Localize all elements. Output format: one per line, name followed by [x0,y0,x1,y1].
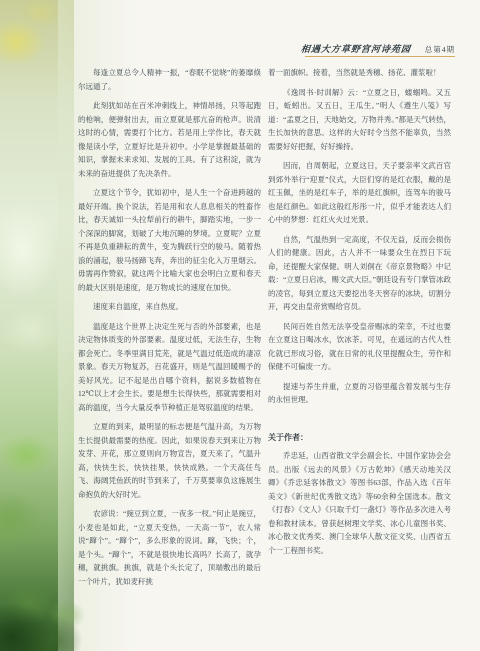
paragraph: 民间百姓自然无法享受皇帝赐冰的荣幸，不过也要在立夏这日喝冰水，饮冰茶。可见，在遥… [268,320,451,374]
masthead-underline [305,56,455,59]
about-author-bio: 乔忠延，山西省散文学会副会长、中国作家协会会员。出版《远去的风景》《万古乾坤》《… [268,449,451,557]
paragraph: 温度是这个世界上决定生死与否的外部要素，也是决定物体质变的外部要素。温度过低，无… [78,320,261,415]
article-right-column: 着一面旗帜。接着，当然就是秀穗、扬花、灌浆啦！ 《逸周书·时训解》云：“立夏之日… [268,66,451,557]
paragraph: 农谚说：“豌豆到立夏，一夜多一杈。”何止是豌豆，小麦也是如此，“立夏天变热，一天… [78,507,261,588]
masthead: 相遇大方草野宫河诗苑园 总第4期 [301,39,455,57]
paragraph: 提速与养生并重，立夏的习俗里蕴含着发展与生存的永恒世理。 [268,380,451,407]
about-author-heading: 关于作者： [268,431,451,445]
paragraph-continuation: 着一面旗帜。接着，当然就是秀穗、扬花、灌浆啦！ [268,66,451,80]
paragraph: 《逸周书·时训解》云：“立夏之日，蝼蝈鸣。又五日，蚯蚓出。又五日，王瓜生。”明人… [268,86,451,154]
magazine-page: 相遇大方草野宫河诗苑园 总第4期 每逢立夏总令人精神一振，“春眠不觉晓”的萎靡倏… [0,0,480,651]
paragraph: 因而，自周朝起，立夏这日，天子要亲率文武百官到郊外举行“迎夏”仪式，大臣们穿的是… [268,159,451,227]
paragraph: 速度来自温度，来自热度。 [78,300,261,314]
paragraph: 每逢立夏总令人精神一振，“春眠不觉晓”的萎靡倏尔远遁了。 [78,66,261,93]
paragraph: 立夏这个节令，犹如初中，是人生一个奋进跨越的最好开端。换个说法，若是用和农人息息… [78,186,261,294]
paragraph: 自然，气温热到一定高度，不仅无益，反而会损伤人们的健康。因此，古人并不一味要众生… [268,233,451,314]
about-author-section: 关于作者： 乔忠延，山西省散文学会副会长、中国作家协会会员。出版《远去的风景》《… [268,431,451,558]
article-left-column: 每逢立夏总令人精神一振，“春眠不觉晓”的萎靡倏尔远遁了。 此刻犹如站在百米冲刺线… [78,66,261,594]
paragraph: 此刻犹如站在百米冲刺线上，神情昂扬，只等起跑的枪响，便弹射出去，而立夏就是那亢奋… [78,99,261,180]
masthead-calligraphy: 相遇大方草野宫河诗苑园 [300,42,411,55]
issue-number: 总第4期 [425,45,455,54]
paragraph: 立夏的到来，最明显的标志便是气温升高，为万物生长提供最需要的热度。因此，如果说春… [78,420,261,501]
